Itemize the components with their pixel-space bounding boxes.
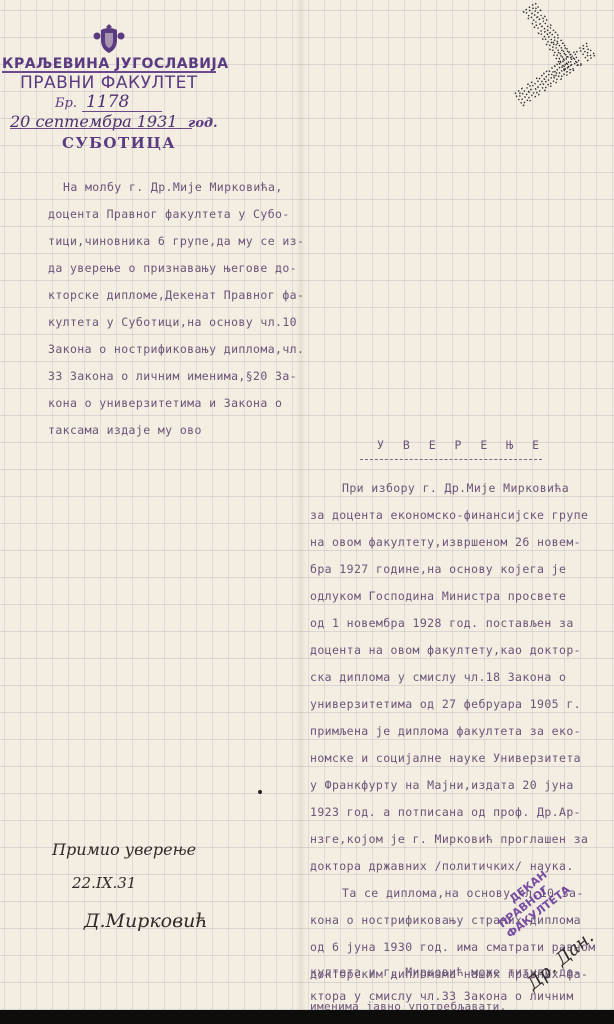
text-line: да уверење о признавању његове до- (48, 261, 297, 275)
paper-fold (296, 0, 306, 1010)
city-name: СУБОТИЦА (62, 134, 176, 152)
scan-border (0, 1010, 614, 1024)
handwritten-signature: Д.Мирковић (84, 910, 208, 932)
text-line: кторске дипломе,Декенат Правног фа- (48, 288, 304, 302)
handwritten-note-line1: Примио уверење (52, 840, 196, 859)
text-line: доцента на овом факултету,као доктор- (310, 643, 581, 657)
text-line: култета у Суботици,на основу чл.10 (48, 315, 297, 329)
text-line: од 1 новембра 1928 год. постављен за (310, 616, 574, 630)
reg-number-value: 1178 (86, 92, 129, 112)
perforation-stamp-icon: ПОНИШТ ПОНИШТЕ (500, 0, 614, 115)
title-underline (360, 459, 542, 460)
ink-dot (258, 790, 262, 794)
date-line (10, 128, 192, 129)
text-line: нзге,којом је г. Мирковић проглашен за (310, 832, 588, 846)
text-line: Закона о нострификовању диплома,чл. (48, 342, 304, 356)
text-line: На молбу г. Др.Мије Мирковића, (63, 180, 283, 194)
text-line: примљена је диплома факултета за еко- (310, 724, 581, 738)
kingdom-heading: КРАЉЕВИНА ЈУГОСЛАВИЈА (2, 56, 229, 72)
text-line: бра 1927 године,на основу којега је (310, 562, 566, 576)
text-line: доктора државних /политичких/ наука. (310, 859, 574, 873)
text-line: одлуком Господина Министра просвете (310, 589, 566, 603)
handwritten-note-date: 22.IX.31 (72, 874, 136, 892)
text-line: универзитетима од 27 фебруара 1905 г. (310, 697, 581, 711)
reg-number-label: Бр. (55, 96, 77, 111)
document-title: У В Е Р Е Њ Е (377, 438, 545, 452)
text-line: у Франкфурту на Мајни,издата 20 јуна (310, 778, 574, 792)
text-line: ска диплома у смислу чл.18 Закона о (310, 670, 566, 684)
text-line: При избору г. Др.Мије Мирковића (342, 481, 569, 495)
coat-of-arms-icon (92, 22, 126, 56)
text-line: кона о универзитетима и Закона о (48, 396, 282, 410)
date-suffix: год. (188, 116, 218, 131)
text-line: доцента Правног факултета у Субо- (48, 207, 290, 221)
text-line: на овом факултету,извршеном 26 новем- (310, 535, 581, 549)
text-line: 33 Закона о личним именима,§20 За- (48, 369, 297, 383)
faculty-heading: ПРАВНИ ФАКУЛТЕТ (20, 73, 198, 93)
text-line: номске и социјалне науке Универзитета (310, 751, 581, 765)
text-line: за доцента економско-финансијске групе (310, 508, 588, 522)
text-line: 1923 год. а потписана од проф. Др.Ар- (310, 805, 581, 819)
text-line: тици,чиновника 6 групе,да му се из- (48, 234, 304, 248)
text-line: таксама издаје му ово (48, 423, 202, 437)
